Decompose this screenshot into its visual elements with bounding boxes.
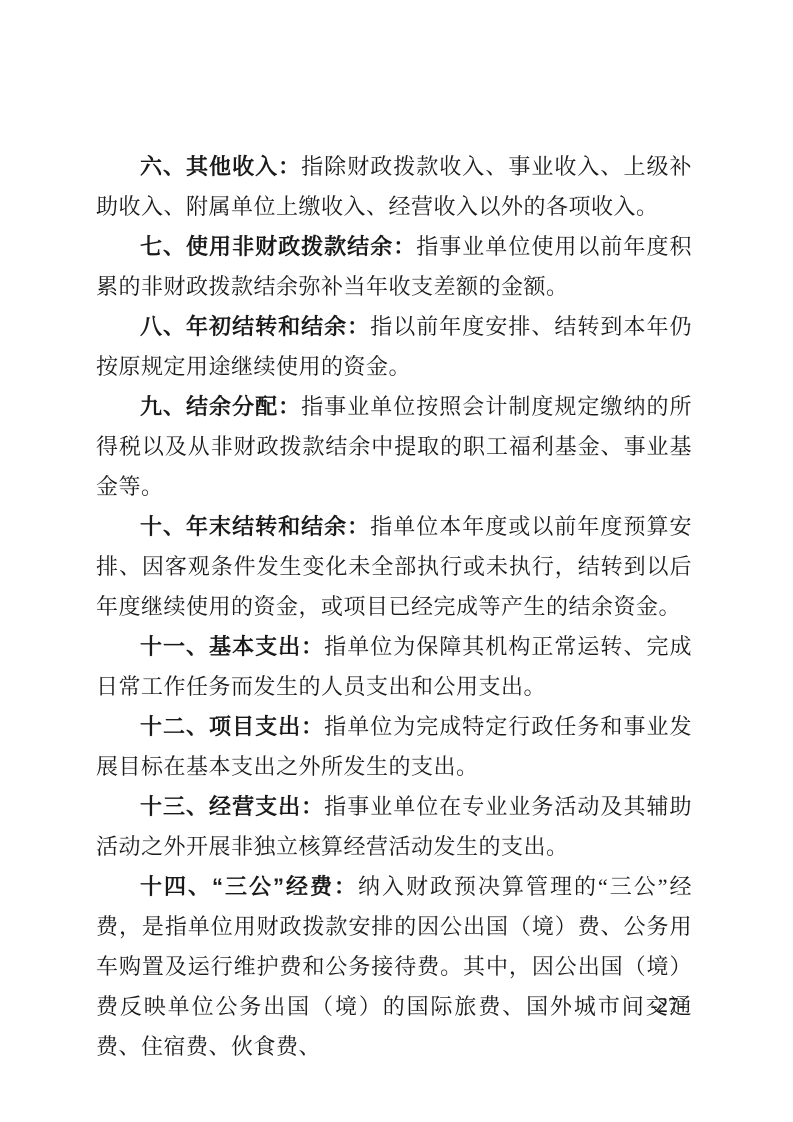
term-label: 六、其他收入： [140, 154, 301, 179]
document-body: 六、其他收入：指除财政拨款收入、事业收入、上级补助收入、附属单位上缴收入、经营收… [96, 147, 692, 1067]
term-label: 十四、“三公”经费： [140, 874, 358, 899]
term-label: 十二、项目支出： [140, 714, 324, 739]
term-label: 十、年末结转和结余： [140, 514, 370, 539]
term-label: 十三、经营支出： [140, 794, 324, 819]
definition-paragraph: 十二、项目支出：指单位为完成特定行政任务和事业发展目标在基本支出之外所发生的支出… [96, 707, 692, 787]
definition-paragraph: 九、结余分配：指事业单位按照会计制度规定缴纳的所得税以及从非财政拨款结余中提取的… [96, 387, 692, 507]
definition-paragraph: 七、使用非财政拨款结余：指事业单位使用以前年度积累的非财政拨款结余弥补当年收支差… [96, 227, 692, 307]
term-definition: 纳入财政预决算管理的“三公”经费，是指单位用财政拨款安排的因公出国（境）费、公务… [96, 874, 692, 1059]
term-label: 九、结余分配： [140, 394, 301, 419]
definition-paragraph: 六、其他收入：指除财政拨款收入、事业收入、上级补助收入、附属单位上缴收入、经营收… [96, 147, 692, 227]
term-label: 八、年初结转和结余： [140, 314, 370, 339]
page-number: -27- [640, 993, 696, 1017]
definition-paragraph: 八、年初结转和结余：指以前年度安排、结转到本年仍按原规定用途继续使用的资金。 [96, 307, 692, 387]
term-label: 七、使用非财政拨款结余： [140, 234, 416, 259]
term-label: 十一、基本支出： [140, 634, 324, 659]
definition-paragraph: 十四、“三公”经费：纳入财政预决算管理的“三公”经费，是指单位用财政拨款安排的因… [96, 867, 692, 1067]
definition-paragraph: 十、年末结转和结余：指单位本年度或以前年度预算安排、因客观条件发生变化未全部执行… [96, 507, 692, 627]
document-page: 六、其他收入：指除财政拨款收入、事业收入、上级补助收入、附属单位上缴收入、经营收… [0, 0, 793, 1122]
definition-paragraph: 十三、经营支出：指事业单位在专业业务活动及其辅助活动之外开展非独立核算经营活动发… [96, 787, 692, 867]
definition-paragraph: 十一、基本支出：指单位为保障其机构正常运转、完成日常工作任务而发生的人员支出和公… [96, 627, 692, 707]
